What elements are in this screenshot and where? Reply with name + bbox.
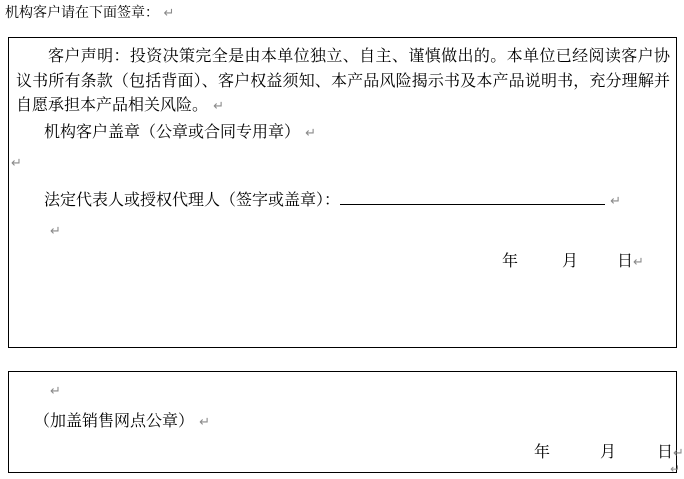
intro-text: 机构客户请在下面签章：	[5, 5, 159, 21]
signature-label: 法定代表人或授权代理人（签字或盖章）：	[44, 190, 340, 209]
date-line: 年月日↵	[502, 251, 644, 273]
sales-seal-label: （加盖销售网点公章）	[34, 411, 194, 430]
document-page: 机构客户请在下面签章： ↵ 客户声明：投资决策完全是由本单位独立、自主、谨慎做出…	[0, 0, 684, 479]
paragraph-mark-icon: ↵	[305, 126, 316, 141]
date-day-label: 日	[617, 251, 633, 270]
declaration-paragraph: 客户声明：投资决策完全是由本单位独立、自主、谨慎做出的。本单位已经阅读客户协议书…	[16, 44, 670, 120]
date-month-label: 月	[562, 251, 578, 270]
org-seal-label: 机构客户盖章（公章或合同专用章）	[44, 122, 300, 141]
date-year-label: 年	[534, 442, 550, 461]
paragraph-mark-icon: ↵	[199, 415, 210, 430]
paragraph-mark-icon: ↵	[673, 446, 684, 461]
date-month-label: 月	[600, 442, 616, 461]
paragraph-mark-icon: ↵	[670, 462, 680, 476]
signature-line: 法定代表人或授权代理人（签字或盖章）： ↵	[44, 188, 621, 212]
sales-seal-line: （加盖销售网点公章） ↵	[34, 411, 210, 433]
declaration-text: 客户声明：投资决策完全是由本单位独立、自主、谨慎做出的。本单位已经阅读客户协议书…	[16, 46, 670, 114]
date-day-label: 日	[657, 442, 673, 461]
paragraph-mark-icon: ↵	[163, 6, 174, 21]
paragraph-mark-icon: ↵	[610, 194, 621, 209]
date-line: 年月日↵	[534, 442, 684, 464]
sales-outlet-box: ↵ （加盖销售网点公章） ↵ 年月日↵	[8, 371, 677, 473]
org-seal-line: 机构客户盖章（公章或合同专用章） ↵	[44, 122, 316, 144]
intro-line: 机构客户请在下面签章： ↵	[5, 4, 174, 23]
paragraph-mark-icon: ↵	[633, 255, 644, 270]
paragraph-mark-icon: ↵	[11, 157, 22, 171]
signature-blank-field[interactable]	[340, 188, 605, 205]
paragraph-mark-icon: ↵	[50, 225, 61, 239]
declaration-box: 客户声明：投资决策完全是由本单位独立、自主、谨慎做出的。本单位已经阅读客户协议书…	[8, 37, 677, 348]
paragraph-mark-icon: ↵	[213, 99, 224, 114]
paragraph-mark-icon: ↵	[50, 385, 61, 399]
date-year-label: 年	[502, 251, 518, 270]
